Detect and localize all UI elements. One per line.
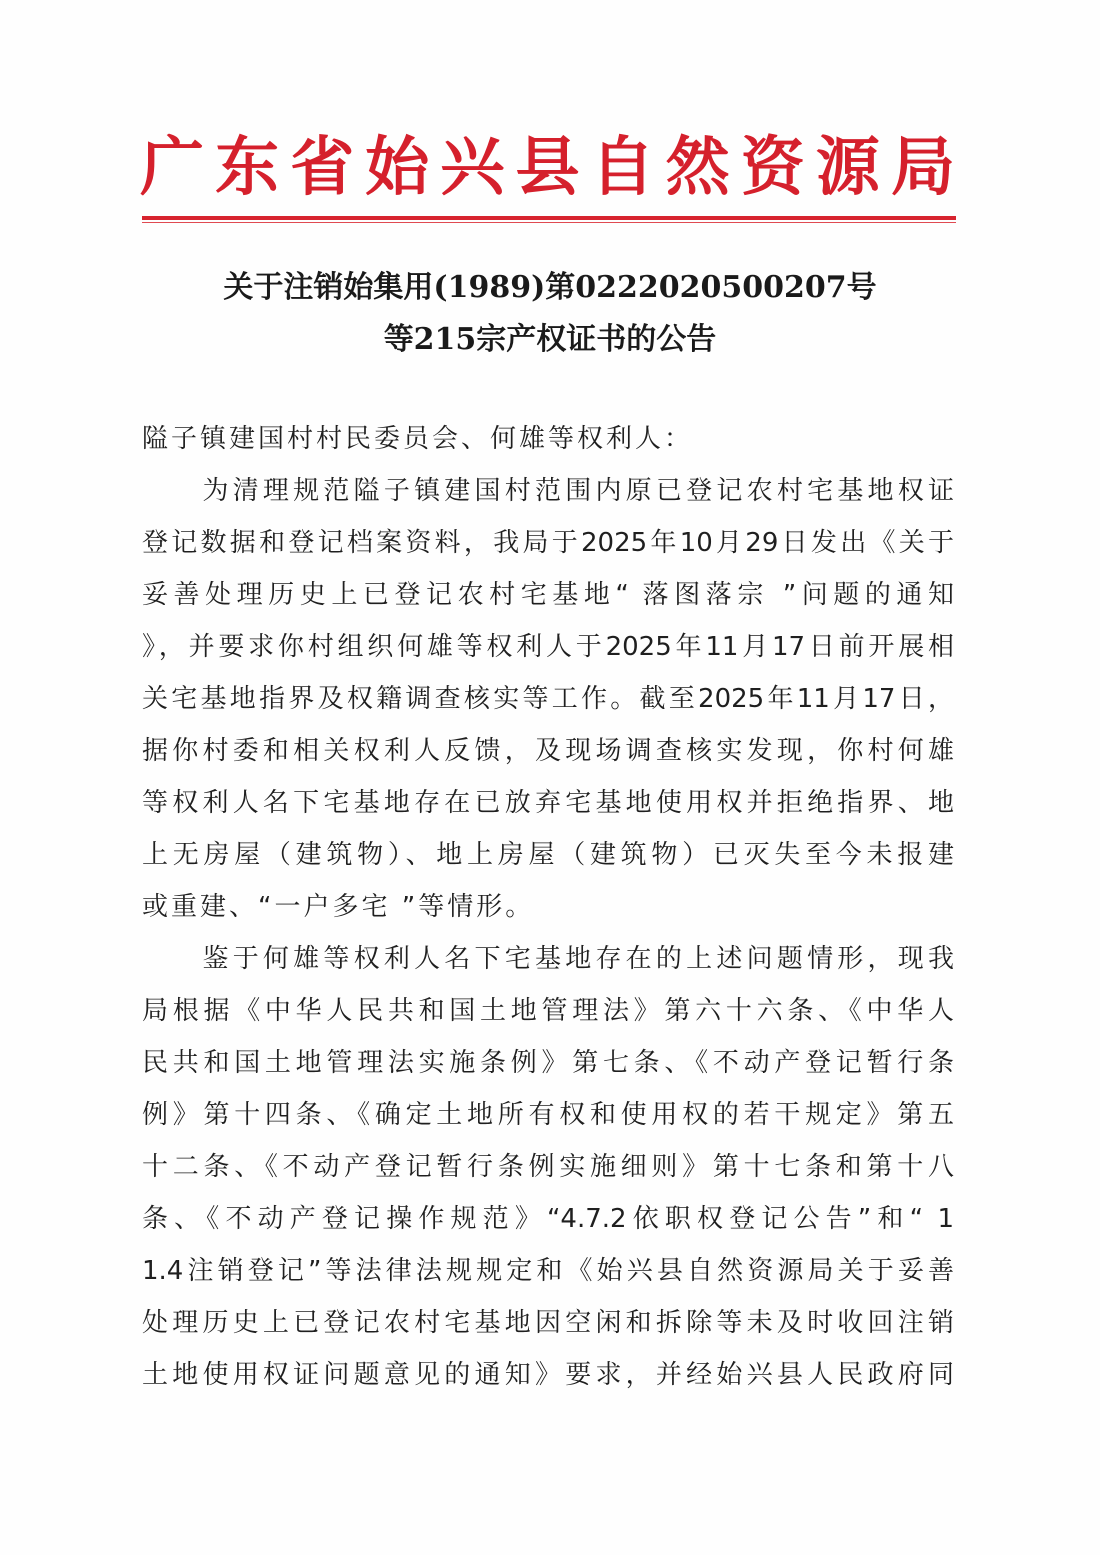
body-line: 条、《不动产登记操作规范》“4.7.2依职权登记公告”和“ 1 (142, 1193, 954, 1245)
body-line: 登记数据和登记档案资料，我局于2025年10月29日发出《关于 (142, 517, 954, 569)
body-line: 妥善处理历史上已登记农村宅基地“ 落图落宗 ”问题的通知 (142, 569, 954, 621)
letterhead-char: 省 (290, 128, 354, 208)
body-line: 土地使用权证问题意见的通知》要求，并经始兴县人民政府同 (142, 1349, 954, 1401)
body-line: 为清理规范隘子镇建国村范围内原已登记农村宅基地权证 (142, 465, 954, 517)
addressee: 隘子镇建国村村民委员会、何雄等权利人： (142, 413, 954, 465)
letterhead-char: 广 (140, 128, 204, 208)
letterhead-org-name: 广 东 省 始 兴 县 自 然 资 源 局 (140, 128, 955, 208)
letterhead-divider-thin (142, 222, 956, 223)
letterhead-char: 自 (591, 128, 655, 208)
letterhead-char: 资 (741, 128, 805, 208)
letterhead-char: 局 (891, 128, 955, 208)
document-page: 广 东 省 始 兴 县 自 然 资 源 局 关于注销始集用(1989)第0222… (0, 0, 1100, 1555)
letterhead-char: 然 (666, 128, 730, 208)
body-line: 上无房屋（建筑物）、地上房屋（建筑物）已灭失至今未报建 (142, 829, 954, 881)
body-line: 十二条、《不动产登记暂行条例实施细则》第十七条和第十八 (142, 1141, 954, 1193)
letterhead-char: 始 (365, 128, 429, 208)
letterhead-char: 东 (215, 128, 279, 208)
letterhead-char: 兴 (440, 128, 504, 208)
body-line: 民共和国土地管理法实施条例》第七条、《不动产登记暂行条 (142, 1037, 954, 1089)
body-line: 据你村委和相关权利人反馈，及现场调查核实发现，你村何雄 (142, 725, 954, 777)
body-line: 或重建、“一户多宅 ”等情形。 (142, 881, 954, 933)
body-line: 关宅基地指界及权籍调查核实等工作。截至2025年11月17日， (142, 673, 954, 725)
body-line: 处理历史上已登记农村宅基地因空闲和拆除等未及时收回注销 (142, 1297, 954, 1349)
body-line: 例》第十四条、《确定土地所有权和使用权的若干规定》第五 (142, 1089, 954, 1141)
body-line: 鉴于何雄等权利人名下宅基地存在的上述问题情形，现我 (142, 933, 954, 985)
body-line: 等权利人名下宅基地存在已放弃宅基地使用权并拒绝指界、地 (142, 777, 954, 829)
document-title-line-1: 关于注销始集用(1989)第0222020500207号 (0, 268, 1100, 308)
letterhead-char: 县 (515, 128, 579, 208)
body-line: 局根据《中华人民共和国土地管理法》第六十六条、《中华人 (142, 985, 954, 1037)
body-line: 》，并要求你村组织何雄等权利人于2025年11月17日前开展相 (142, 621, 954, 673)
document-title-line-2: 等215宗产权证书的公告 (0, 320, 1100, 360)
letterhead-divider (142, 216, 956, 220)
body-line: 1.4注销登记”等法律法规规定和《始兴县自然资源局关于妥善 (142, 1245, 954, 1297)
letterhead-char: 源 (816, 128, 880, 208)
